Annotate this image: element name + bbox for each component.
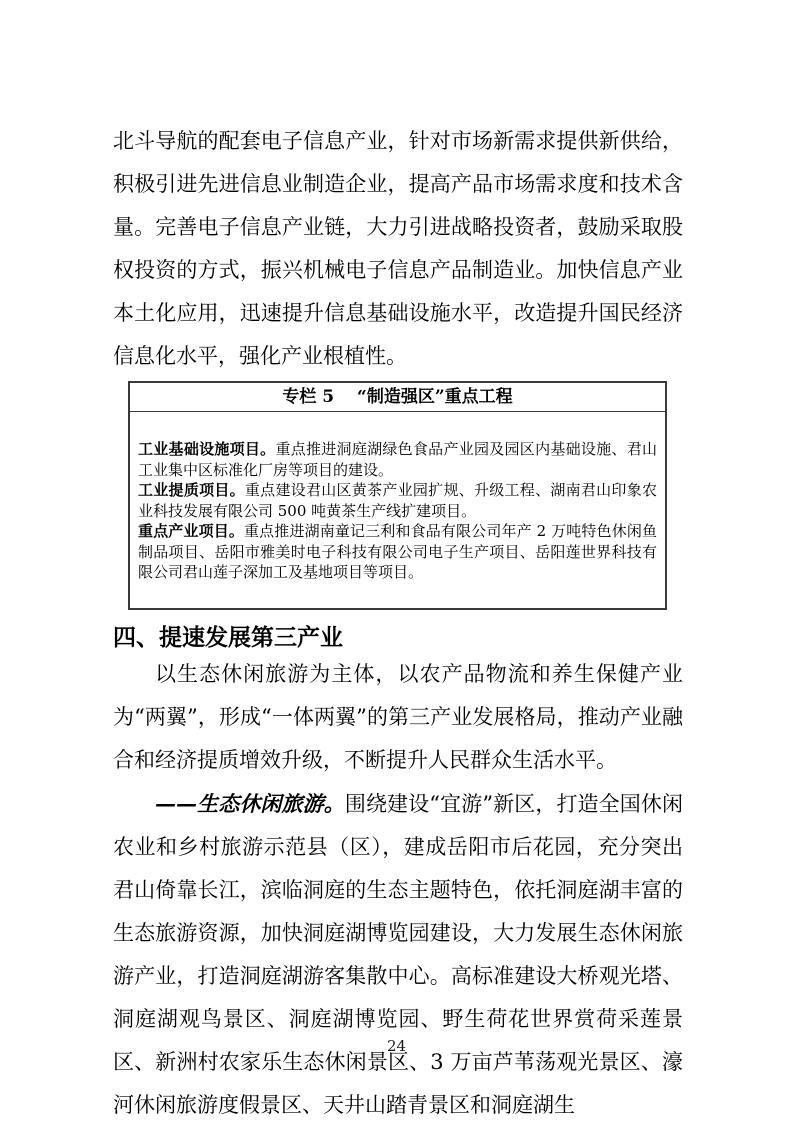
feature-box-zhuanlan-5: 专栏 5 “制造强区”重点工程 工业基础设施项目。重点推进洞庭湖绿色食品产业园及… — [128, 381, 667, 610]
paragraph-third-industry-overview: 以生态休闲旅游为主体，以农产品物流和养生保健产业为“两翼”，形成“一体两翼”的第… — [113, 653, 683, 782]
box-item-key-industry: 重点产业项目。重点推进湖南童记三利和食品有限公司年产 2 万吨特色休闲鱼制品项目… — [138, 521, 657, 583]
page-number: 24 — [0, 1036, 793, 1056]
paragraph-electronic-info-industry: 北斗导航的配套电子信息产业，针对市场新需求提供新供给，积极引进先进信息业制造企业… — [113, 120, 683, 378]
box-item-industrial-upgrade: 工业提质项目。重点建设君山区黄茶产业园扩规、升级工程、湖南君山印象农业科技发展有… — [138, 480, 657, 521]
document-content: 北斗导航的配套电子信息产业，针对市场新需求提供新供给，积极引进先进信息业制造企业… — [113, 120, 683, 1122]
feature-box-body: 工业基础设施项目。重点推进洞庭湖绿色食品产业园及园区内基础设施、君山工业集中区标… — [129, 412, 666, 609]
box-item-label: 重点产业项目。 — [138, 522, 244, 540]
paragraph-eco-leisure-tourism: ——生态休闲旅游。围绕建设“宜游”新区，打造全国休闲农业和乡村旅游示范县（区），… — [113, 782, 683, 1122]
section-heading-four: 四、提速发展第三产业 — [113, 623, 683, 653]
feature-box-title: 专栏 5 “制造强区”重点工程 — [129, 382, 666, 412]
paragraph-lead-eco-leisure-tourism: ——生态休闲旅游。 — [155, 791, 345, 816]
paragraph-text-eco-leisure-tourism: 围绕建设“宜游”新区，打造全国休闲农业和乡村旅游示范县（区），建成岳阳市后花园，… — [113, 792, 683, 1117]
document-page: 北斗导航的配套电子信息产业，针对市场新需求提供新供给，积极引进先进信息业制造企业… — [0, 0, 793, 1122]
box-item-label: 工业基础设施项目。 — [138, 440, 275, 458]
box-item-industrial-infrastructure: 工业基础设施项目。重点推进洞庭湖绿色食品产业园及园区内基础设施、君山工业集中区标… — [138, 439, 657, 480]
box-item-label: 工业提质项目。 — [138, 481, 245, 499]
